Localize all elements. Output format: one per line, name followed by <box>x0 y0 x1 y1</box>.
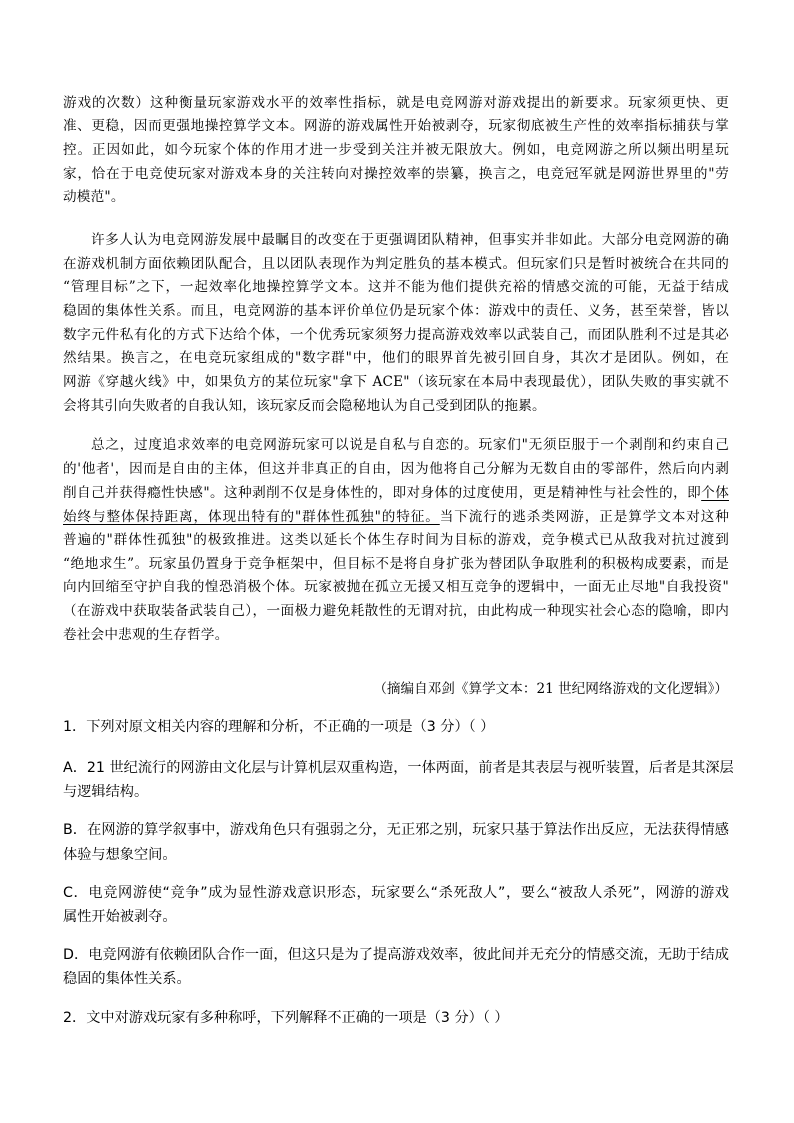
paragraph-line: “绝地求生”。玩家虽仍置身于竞争框架中，但目标不是将自身扩张为替团队争取胜利的积… <box>63 556 729 572</box>
option-line: A．21 世纪流行的网游由文化层与计算机层双重构造，一体两面，前者是其表层与视听… <box>63 760 729 776</box>
paragraph-line: 家，恰在于电竞使玩家对游戏本身的关注转向对操控效率的崇纂，换言之，电竞冠军就是网… <box>63 166 729 182</box>
option-line: 稳固的集体性关系。 <box>63 971 729 987</box>
paragraph-line: 网游《穿越火线》中，如果负方的某位玩家"拿下 ACE"（该玩家在本局中表现最优）… <box>63 374 729 390</box>
paragraph-line: 总之，过度追求效率的电竞网游玩家可以说是自私与自恋的。玩家们"无须臣服于一个剥削… <box>91 437 729 453</box>
option-line: 属性开始被剥夺。 <box>63 909 729 925</box>
source-citation: （摘编自邓剑《算学文本：21 世纪网络游戏的文化逻辑》） <box>373 681 728 697</box>
paragraph-line: 控。正因如此，如今玩家个体的作用才进一步受到关注并被无限放大。例如，电竞网游之所… <box>63 142 729 158</box>
paragraph-line: 始终与整体保持距离，体现出特有的"群体性孤独"的特征。当下流行的逃杀类网游，正是… <box>63 509 729 525</box>
paragraph-line: 会将其引向失败者的自我认知，该玩家反而会隐秘地认为自己受到团队的拖累。 <box>63 398 729 414</box>
underlined-text: 始终与整体保持距离，体现出特有的"群体性孤独"的特征。 <box>63 509 440 525</box>
paragraph-line: 游戏的次数）这种衡量玩家游戏水平的效率性指标，就是电竞网游对游戏提出的新要求。玩… <box>63 95 729 111</box>
underlined-text: 个体 <box>701 485 729 501</box>
paragraph-line: 普遍的"群体性孤独"的极致推进。这类以延长个体生存时间为目标的游戏，竞争模式已从… <box>63 532 729 548</box>
paragraph-line: 在游戏机制方面依赖团队配合，且以团队表现作为判定胜负的基本模式。但玩家们只是暂时… <box>63 256 729 272</box>
paragraph-line: 向内回缩至守护自我的惶恐消极个体。玩家被抛在孤立无援又相互竞争的逻辑中，一面无止… <box>63 579 729 595</box>
option-line: B．在网游的算学叙事中，游戏角色只有强弱之分，无正邪之别，玩家只基于算法作出反应… <box>63 822 729 838</box>
option-line: 与逻辑结构。 <box>63 784 729 800</box>
paragraph-text: 当下流行的逃杀类网游，正是算学文本对这种 <box>440 509 729 525</box>
question-stem: 2．文中对游戏玩家有多种称呼，下列解释不正确的一项是（3 分）（ ） <box>63 1010 729 1026</box>
option-line: 体验与想象空间。 <box>63 847 729 863</box>
paragraph-line: 许多人认为电竞网游发展中最瞩目的改变在于更强调团队精神，但事实并非如此。大部分电… <box>91 232 729 248</box>
option-line: C．电竞网游使“竞争”成为显性游戏意识形态，玩家要么“杀死敌人”，要么“被敌人杀… <box>63 885 729 901</box>
paragraph-line: 动模范"。 <box>63 189 729 205</box>
paragraph-line: 的'他者'，因而是自由的主体，但这并非真正的自由，因为他将自己分解为无数自由的零… <box>63 461 729 477</box>
paragraph-line: 卷社会中悲观的生存哲学。 <box>63 627 729 643</box>
paragraph-line: 稳固的集体性关系。而且，电竞网游的基本评价单位仍是玩家个体：游戏中的责任、义务，… <box>63 303 729 319</box>
paragraph-line: 削自己并获得瘾性快感"。这种剥削不仅是身体性的，即对身体的过度使用，更是精神性与… <box>63 485 729 501</box>
option-line: D．电竞网游有依赖团队合作一面，但这只是为了提高游戏效率，彼此间并无充分的情感交… <box>63 947 729 963</box>
paragraph-line: （在游戏中获取装备武装自己），一面极力避免耗散性的无谓对抗，由此构成一种现实社会… <box>63 603 729 619</box>
paragraph-line: 然结果。换言之，在电竞玩家组成的"数字群"中，他们的眼界首先被引回自身，其次才是… <box>63 350 729 366</box>
paragraph-line: “管理目标”之下，一起效率化地操控算学文本。这并不能为他们提供充裕的情感交流的可… <box>63 279 729 295</box>
paragraph-line: 数字元件私有化的方式下达给个体，一个优秀玩家须努力提高游戏效率以武装自己，而团队… <box>63 327 729 343</box>
question-stem: 1．下列对原文相关内容的理解和分析，不正确的一项是（3 分）（ ） <box>63 719 729 735</box>
exam-page: 游戏的次数）这种衡量玩家游戏水平的效率性指标，就是电竞网游对游戏提出的新要求。玩… <box>0 0 794 1123</box>
paragraph-text: 削自己并获得瘾性快感"。这种剥削不仅是身体性的，即对身体的过度使用，更是精神性与… <box>63 485 701 501</box>
paragraph-line: 准、更稳，因而更强地操控算学文本。网游的游戏属性开始被剥夺，玩家彻底被生产性的效… <box>63 118 729 134</box>
